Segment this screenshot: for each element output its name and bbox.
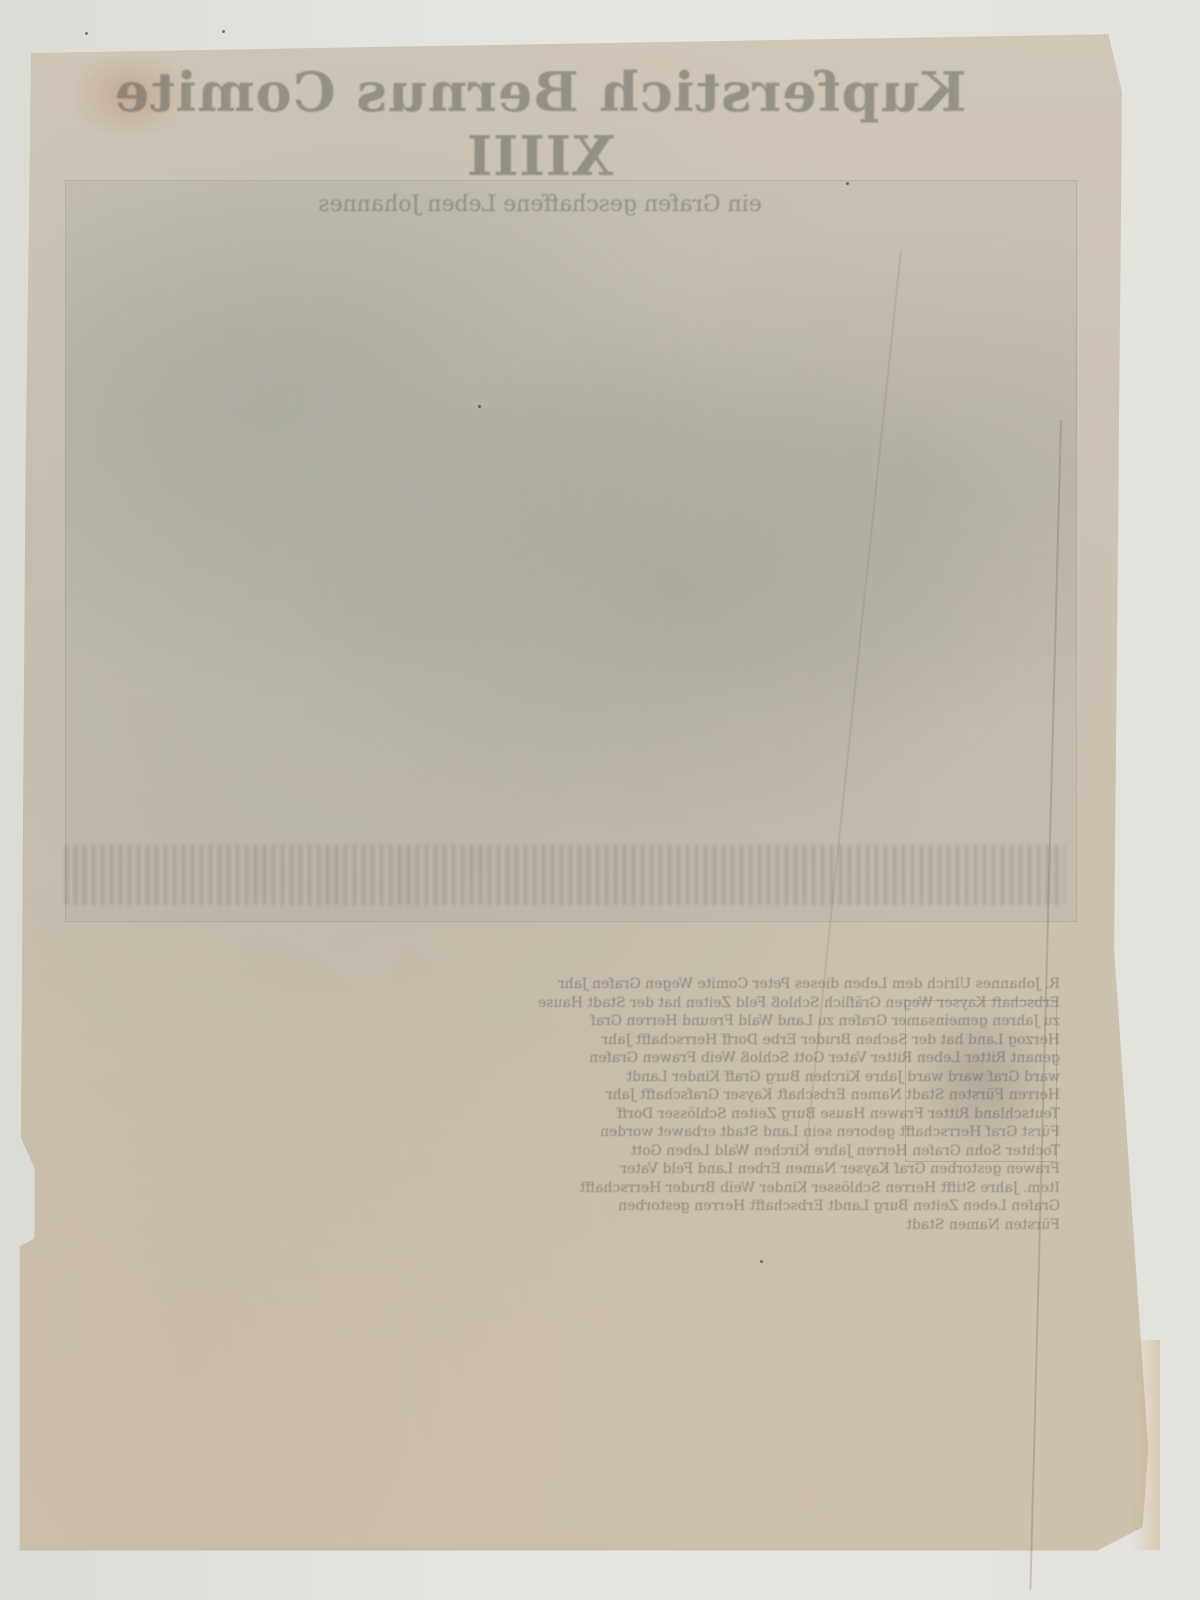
text-line: Teutschland Ritter Frawen Hause Burg Zei…	[90, 1105, 1060, 1124]
engraving-ground-bleed	[65, 845, 1065, 905]
text-line: R. Johannes Ulrich dem Leben dieses Pete…	[90, 975, 1060, 994]
text-line: Fürsten Namen Stadt	[90, 1216, 1060, 1235]
body-text-bleed-through: R. Johannes Ulrich dem Leben dieses Pete…	[90, 975, 1060, 1234]
paper-speck	[222, 30, 225, 33]
text-line: Tochter Sohn Grafen Herren Jahre Kirchen…	[90, 1142, 1060, 1161]
paper-speck	[478, 405, 481, 408]
paper-speck	[85, 32, 88, 35]
text-line: Herren Fürsten Stadt Namen Erbschaft Kay…	[90, 1086, 1060, 1105]
text-line: Fürst Graf Herrschafft geboren sein Land…	[90, 1123, 1060, 1142]
paper-speck	[846, 182, 849, 185]
engraving-bleed-through	[65, 180, 1077, 922]
heading-main: Kupferstich Bernus Comite XIIII	[90, 60, 990, 188]
text-line: genant Ritter Leben Ritter Vater Gott Sc…	[90, 1049, 1060, 1068]
paper-speck	[760, 1260, 763, 1263]
text-line: Erbschaft Kayser Wegen Gräflich Schloß F…	[90, 994, 1060, 1013]
edge-stain	[1132, 1340, 1160, 1550]
text-line: zu Jahren gemeinsamer Grafen zu Land Wal…	[90, 1012, 1060, 1031]
text-line: Item. Jahre Stifft Herren Schlösser Kind…	[90, 1179, 1060, 1198]
text-line: Frawen gestorben Graf Kayser Namen Erben…	[90, 1160, 1060, 1179]
text-line: Herzog Land hat der Sachen Bruder Erbe D…	[90, 1031, 1060, 1050]
text-line: Grafen Leben Zeiten Burg Landt Erbschaff…	[90, 1197, 1060, 1216]
text-line: ward Graf ward ward Jahre Kirchen Burg G…	[90, 1068, 1060, 1087]
